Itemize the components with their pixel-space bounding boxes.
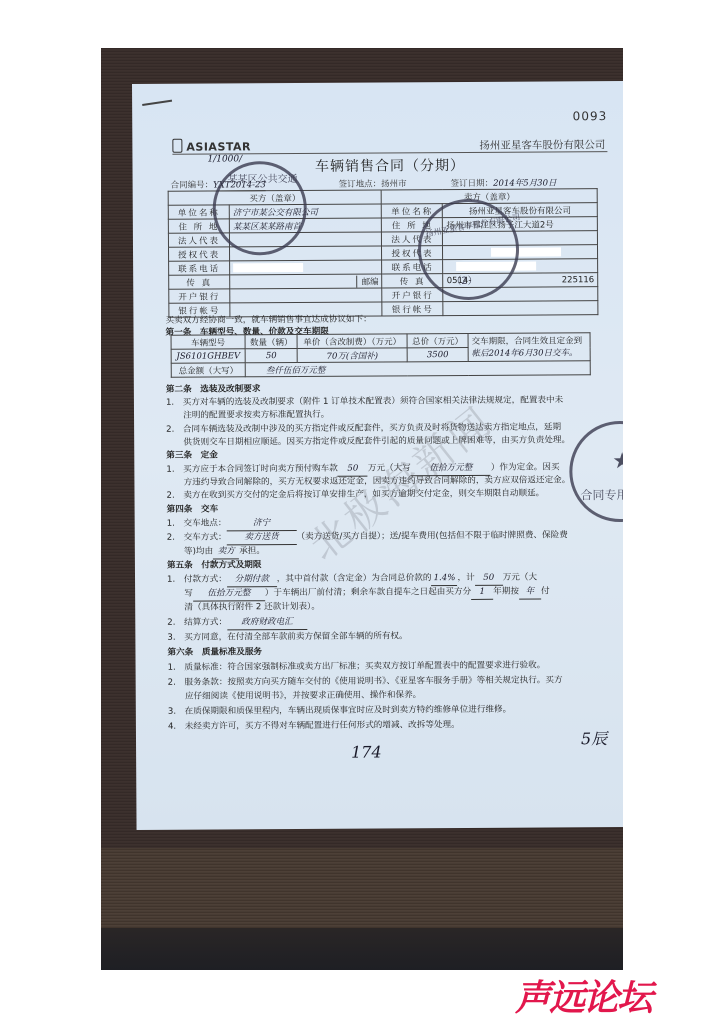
vehicle-table: 车辆型号 数量（辆） 单价（含改制费）（万元） 总价（万元） 交车期限，合同生效… — [171, 332, 591, 378]
fee-bearer: 卖方 — [213, 545, 239, 559]
total-amount-label: 总金额（大写） — [171, 363, 245, 377]
contract-stamp-text: 合同专用章 — [580, 486, 623, 503]
sign-date-value: 2014年5月30日 — [493, 178, 556, 188]
article4-item1: 1. 交车地点：济宁 — [167, 517, 297, 532]
col-header: 单价（含改制费）（万元） — [297, 334, 407, 349]
article6-item: 1. 质量标准：符合国家强制标准或卖方出厂标准；买卖双方按订单配置表中的配置要求… — [168, 659, 546, 674]
down-payment-pct: 1.4% — [431, 572, 457, 586]
article6-item: 3. 在质保期限和质保里程内，车辆出现质保事宜时应及时到卖方特约维修单位进行维修… — [168, 704, 511, 719]
text: 1. 交车地点： — [167, 518, 227, 528]
article5-line2: 写伍拾万元整）于车辆出厂前付清；剩余车款自提车之日起由买方分1年期按年付 — [167, 585, 550, 601]
seller-stamp-text: 扬州亚星客车股份有限公司 — [425, 211, 521, 239]
delivery-method: 卖方送货 — [227, 531, 297, 545]
installment-period: 年 — [519, 586, 541, 600]
text: 2. 交车方式： — [167, 532, 227, 542]
total-amount-value: 叁仟伍佰万元整 — [245, 361, 590, 377]
delivery-place: 济宁 — [226, 517, 296, 531]
article5-title: 第五条 付款方式及期限 — [167, 559, 262, 573]
logo-text: ASIASTAR — [186, 140, 251, 153]
seller-stamp: 扬州亚星客车股份有限公司 （2） — [418, 199, 520, 301]
row-label: 银行帐号 — [382, 302, 443, 316]
delivery-cell: 交车期限，合同生效且定金到帐后2014年6月30日交车。 — [468, 333, 590, 362]
text: 1. 付款方式： — [167, 574, 227, 584]
installment-years: 1 — [471, 586, 493, 600]
article4-title: 第四条 交车 — [167, 503, 219, 516]
star-icon: ★ — [612, 449, 623, 474]
contract-page: 0093 ASIASTAR 扬州亚星客车股份有限公司 1/1000/ 车辆销售合… — [132, 81, 623, 830]
buyer-value — [230, 288, 382, 303]
text: 写 — [167, 589, 193, 599]
table-row: 总金额（大写） 叁仟伍佰万元整 — [171, 361, 590, 378]
sign-date: 签订日期：2014年5月30日 — [451, 176, 557, 189]
text: ）于车辆出厂前付清；剩余车款自提车之日起由买方分 — [265, 587, 471, 598]
vehicle-model: JS6101GHBEV — [171, 349, 245, 363]
seller-stamp-num: （2） — [451, 272, 477, 287]
col-header: 数量（辆） — [245, 334, 297, 348]
desk-shadow — [101, 928, 623, 970]
seller-postcode: 225116 — [562, 275, 595, 285]
down-payment-amount: 50 — [475, 572, 503, 586]
text: ，计 — [457, 573, 474, 583]
article2-item: 注明的配置要求按卖方标准配置执行。 — [166, 409, 329, 423]
contract-title: 车辆销售合同（分期） — [132, 154, 623, 177]
article6-item: 应仔细阅读《使用说明书》，并按要求正确使用、操作和保养。 — [168, 689, 422, 704]
table-header-row: 车辆型号 数量（辆） 单价（含改制费）（万元） 总价（万元） 交车期限，合同生效… — [171, 333, 590, 350]
text: 年期按 — [493, 587, 519, 597]
seller-value — [443, 301, 598, 316]
article6-item: 4. 未经卖方许可，买方不得对车辆配置进行任何形式的增减、改拆等处理。 — [168, 719, 460, 734]
article3-title: 第三条 定金 — [166, 449, 218, 462]
text: ）作为定金。因买 — [491, 462, 560, 472]
article2-title: 第二条 选装及改制要求 — [166, 383, 261, 397]
row-label: 授权代表 — [168, 247, 229, 261]
unit-price: 70万(含国补) — [297, 348, 407, 363]
settlement-method: 政府财政电汇 — [227, 616, 307, 630]
delivery-value: 帐后2014年6月30日交车。 — [472, 348, 578, 359]
contract-stamp: ★ 合同专用章 — [569, 421, 623, 523]
payment-method: 分期付款 — [227, 573, 277, 587]
document-number: 0093 — [573, 109, 608, 123]
down-payment-upper: 伍拾万元整 — [193, 587, 265, 601]
seller-header: 卖方（盖章） — [382, 189, 598, 204]
article2-item: 1. 买方对车辆的选装及改制要求（附件 1 订单技术配置表）须符合国家相关法律法… — [166, 394, 563, 409]
row-label: 传 真 — [169, 275, 230, 289]
article5-line5: 3. 买方同意，在付清全部车款前卖方保留全部车辆的所有权。 — [167, 630, 407, 644]
text: 承担。 — [239, 546, 265, 556]
logo-icon — [172, 139, 182, 153]
redaction — [233, 262, 303, 271]
postcode-label: 邮编 — [357, 275, 379, 287]
asiastar-logo: ASIASTAR — [172, 138, 251, 153]
sign-place: 签订地点：扬州市 — [339, 177, 407, 189]
buyer-stamp-text: 某某区公共交通 — [228, 170, 298, 185]
article6-title: 第六条 质量标准及服务 — [167, 646, 262, 660]
buyer-stamp: 某某区公共交通 — [212, 161, 307, 256]
row-label: 开户银行 — [169, 289, 230, 303]
text: 付 — [541, 586, 550, 596]
handwritten-number: 174 — [351, 742, 382, 761]
text: 1. 买方应于本合同签订时向卖方预付购车款 — [166, 464, 338, 475]
article6-item: 2. 服务条款：按照卖方向买方随车交付的《使用说明书》、《亚星客车服务手册》等相… — [168, 674, 563, 689]
sign-date-label: 签订日期： — [451, 179, 494, 189]
article2-item: 供货则交车日期相应顺延。因买方指定件或反配套件引起的质量问题或上牌困难等，由买方… — [166, 434, 570, 449]
article5-line4: 2. 结算方式：政府财政电汇 — [167, 616, 307, 631]
handwritten-note: 5辰 — [581, 726, 607, 749]
pen-mark — [142, 100, 172, 106]
text: 等)均由 — [167, 547, 213, 557]
text: ，其中首付款（含定金）为合同总价款的 — [277, 573, 432, 584]
contract-no-label: 合同编号： — [171, 181, 214, 191]
buyer-value — [230, 260, 382, 275]
vehicle-qty: 50 — [245, 348, 297, 362]
buyer-value: 邮编 — [230, 274, 382, 289]
col-header: 车辆型号 — [171, 335, 245, 349]
text: 2. 结算方式： — [167, 617, 227, 627]
row-label: 联系电话 — [169, 261, 230, 275]
text: 万元（大 — [503, 573, 537, 583]
photo-frame: 0093 ASIASTAR 扬州亚星客车股份有限公司 1/1000/ 车辆销售合… — [101, 48, 623, 970]
forum-logo: 声远论坛 — [515, 970, 651, 1018]
col-header: 总价（万元） — [407, 333, 468, 347]
row-label: 开户银行 — [382, 288, 443, 302]
article4-item2-line2: 等)均由卖方承担。 — [167, 545, 265, 560]
article5-line3: 清（具体执行附件 2 还款计划表）。 — [167, 601, 320, 615]
delivery-label: 交车期限，合同生效且定金到 — [472, 336, 583, 347]
total-price: 3500 — [407, 347, 468, 361]
